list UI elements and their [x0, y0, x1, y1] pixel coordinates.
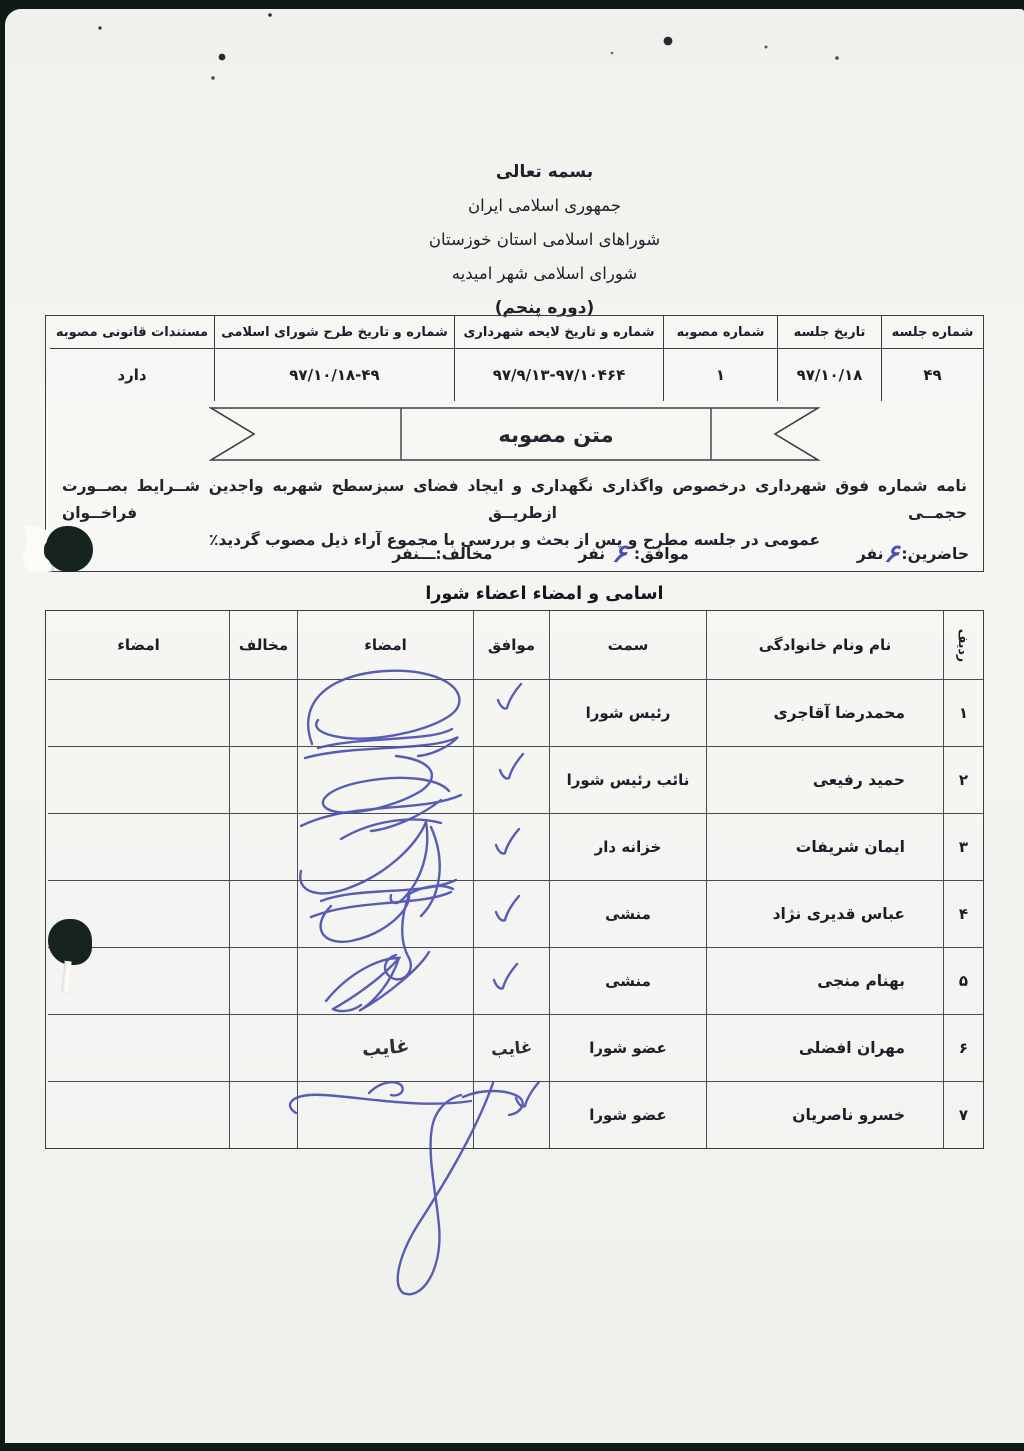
col-session-number: شماره جلسه: [881, 316, 983, 349]
agree-unit: نفر: [578, 545, 605, 563]
member-7-position: عضو شورا: [549, 1081, 706, 1148]
agree-label: موافق:: [634, 545, 689, 563]
resolution-info-box: شماره جلسه تاریخ جلسه شماره مصوبه شماره …: [45, 315, 984, 572]
member-5-signature-cell: [297, 947, 473, 1014]
member-4-name-text: عباس قدیری نژاد: [773, 905, 933, 923]
member-3-signature-cell: [297, 813, 473, 880]
oppose-unit: نفر: [392, 545, 419, 563]
col-bill-number-date: شماره و تاریخ لایحه شهرداری: [454, 316, 663, 349]
member-7-name: خسرو ناصریان: [706, 1081, 943, 1148]
member-6-agree-cell: غایب: [473, 1014, 549, 1081]
member-6-signature2-cell: [48, 1014, 229, 1081]
city-council-line: شورای اسلامی شهر امیدیه: [35, 257, 1024, 291]
member-5-agree-cell: [473, 947, 549, 1014]
member-2-signature2-cell: [48, 746, 229, 813]
member-2-signature-cell: [297, 746, 473, 813]
agree-count: موافق: ۶ نفر: [578, 545, 688, 563]
plan-number-date-value: ۹۷/۱۰/۱۸-۴۹: [289, 366, 379, 384]
member-6-name: مهران افضلی: [706, 1014, 943, 1081]
member-5-position: منشی: [549, 947, 706, 1014]
header-radif-label: ردیف: [956, 628, 971, 661]
punch-hole-bottom: [48, 919, 92, 965]
header-oppose: مخالف: [229, 611, 297, 679]
member-6-signature-cell: غایب: [297, 1014, 473, 1081]
member-6-absent-note-signature: غایب: [361, 1035, 410, 1061]
member-1-name-text: محمدرضا آقاجری: [773, 704, 933, 722]
member-1-oppose-cell: [229, 679, 297, 746]
oppose-label: مخالف:: [435, 545, 492, 563]
member-4-name: عباس قدیری نژاد: [706, 880, 943, 947]
member-7-oppose-cell: [229, 1081, 297, 1148]
header-agree: موافق: [473, 611, 549, 679]
present-label: حاضرین:: [901, 545, 969, 563]
col-resolution-number: شماره مصوبه: [663, 316, 777, 349]
member-7-no: ۷: [943, 1081, 983, 1148]
member-2-name-text: حمید رفیعی: [813, 771, 933, 789]
member-3-position: خزانه دار: [549, 813, 706, 880]
resolution-text-line1: نامه شماره فوق شهرداری درخصوص واگذاری نگ…: [62, 473, 967, 527]
present-count-handwritten: ۶: [883, 548, 902, 560]
bismillah-line: بسمه تعالی: [35, 155, 1024, 189]
member-7-signature-cell: [297, 1081, 473, 1148]
member-1-position: رئیس شورا: [549, 679, 706, 746]
col-plan-number-date: شماره و تاریخ طرح شورای اسلامی: [214, 316, 454, 349]
bill-number-date-value: ۹۷/۹/۱۳-۹۷/۱۰۴۶۴: [493, 366, 626, 384]
resolution-banner: متن مصوبه: [209, 405, 821, 467]
punch-hole-top: [46, 526, 93, 572]
country-line: جمهوری اسلامی ایران: [35, 189, 1024, 223]
oppose-dash: ـــ: [419, 545, 435, 563]
paper-sheet: بسمه تعالی جمهوری اسلامی ایران شوراهای ا…: [5, 9, 1024, 1443]
banner-title: متن مصوبه: [498, 423, 613, 447]
member-6-oppose-cell: [229, 1014, 297, 1081]
member-4-oppose-cell: [229, 880, 297, 947]
member-3-agree-cell: [473, 813, 549, 880]
header-name: نام ونام خانوادگی: [706, 611, 943, 679]
member-3-name: ایمان شریفات: [706, 813, 943, 880]
member-2-position: نائب رئیس شورا: [549, 746, 706, 813]
resolution-body: متن مصوبه نامه شماره فوق شهرداری درخصوص …: [46, 405, 983, 571]
member-7-agree-cell: [473, 1081, 549, 1148]
member-3-no: ۳: [943, 813, 983, 880]
member-5-oppose-cell: [229, 947, 297, 1014]
agree-count-handwritten: ۶: [610, 548, 629, 560]
legal-docs-value: دارد: [117, 366, 146, 384]
info-table: شماره جلسه تاریخ جلسه شماره مصوبه شماره …: [46, 316, 983, 401]
member-3-signature2-cell: [48, 813, 229, 880]
header-signature: امضاء: [297, 611, 473, 679]
oppose-count: مخالف:ـــنفر: [392, 545, 492, 563]
member-1-signature-cell: [297, 679, 473, 746]
resolution-text: نامه شماره فوق شهرداری درخصوص واگذاری نگ…: [46, 467, 983, 554]
member-6-no: ۶: [943, 1014, 983, 1081]
header-position: سمت: [549, 611, 706, 679]
member-7-signature2-cell: [48, 1081, 229, 1148]
member-5-name: بهنام منجی: [706, 947, 943, 1014]
member-2-name: حمید رفیعی: [706, 746, 943, 813]
scanned-council-resolution: { "letterhead": { "line1": "بسمه تعالی",…: [0, 0, 1024, 1451]
member-4-signature-cell: [297, 880, 473, 947]
member-6-name-text: مهران افضلی: [799, 1039, 933, 1057]
member-5-name-text: بهنام منجی: [817, 972, 933, 990]
present-unit: نفر: [857, 545, 884, 563]
member-5-no: ۵: [943, 947, 983, 1014]
member-4-no: ۴: [943, 880, 983, 947]
resolution-number-value: ۱: [716, 366, 725, 384]
member-1-agree-cell: [473, 679, 549, 746]
members-section-title: اسامی و امضاء اعضاء شورا: [35, 584, 1024, 604]
members-table: ردیف نام ونام خانوادگی سمت موافق امضاء م…: [45, 610, 984, 1149]
banner-ribbon-shape: متن مصوبه: [209, 405, 821, 463]
member-6-position: عضو شورا: [549, 1014, 706, 1081]
member-1-name: محمدرضا آقاجری: [706, 679, 943, 746]
col-session-date: تاریخ جلسه: [777, 316, 881, 349]
province-councils-line: شوراهای اسلامی استان خوزستان: [35, 223, 1024, 257]
member-1-no: ۱: [943, 679, 983, 746]
col-legal-docs: مستندات قانونی مصوبه: [50, 316, 214, 349]
session-date-value: ۹۷/۱۰/۱۸: [797, 366, 863, 384]
member-2-oppose-cell: [229, 746, 297, 813]
member-2-agree-cell: [473, 746, 549, 813]
letterhead: بسمه تعالی جمهوری اسلامی ایران شوراهای ا…: [35, 155, 1024, 325]
member-3-name-text: ایمان شریفات: [796, 838, 933, 856]
attendance-row: حاضرین:۶نفر موافق: ۶ نفر مخالف:ـــنفر: [60, 545, 969, 563]
member-6-absent-note-vote: غایب: [490, 1037, 533, 1060]
member-1-signature2-cell: [48, 679, 229, 746]
member-2-no: ۲: [943, 746, 983, 813]
member-4-position: منشی: [549, 880, 706, 947]
header-signature2: امضاء: [48, 611, 229, 679]
member-7-name-text: خسرو ناصریان: [792, 1106, 933, 1124]
member-3-oppose-cell: [229, 813, 297, 880]
session-number-value: ۴۹: [923, 366, 941, 384]
header-radif: ردیف: [943, 611, 983, 679]
present-count: حاضرین:۶نفر: [857, 545, 969, 563]
member-4-agree-cell: [473, 880, 549, 947]
